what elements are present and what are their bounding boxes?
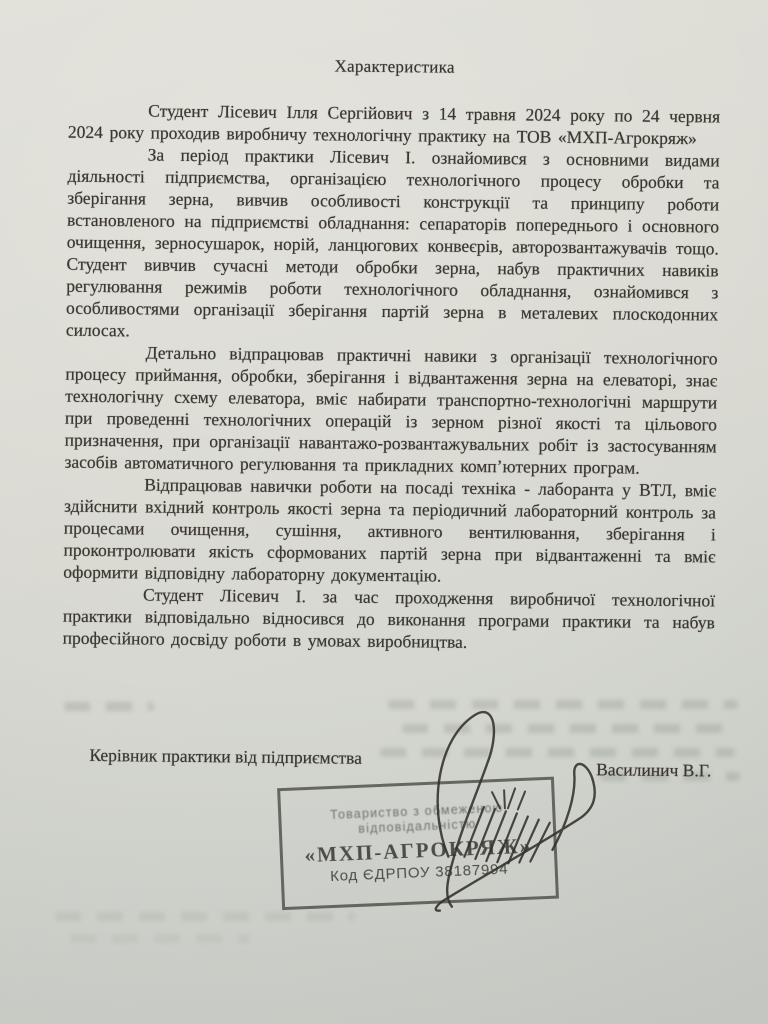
paragraph-lab-skills: Відпрацював навички роботи на посаді тех… — [63, 473, 716, 590]
paragraph-enterprise-overview: За період практики Лісевич І. ознайомивс… — [66, 143, 720, 348]
supervisor-role-label: Керівник практики від підприємства — [89, 745, 362, 769]
company-stamp: Товариство з обмеженою відповідальністю … — [277, 777, 559, 910]
paragraph-internship-period: Студент Лісевич Ілля Сергійович з 14 тра… — [68, 99, 720, 150]
paragraph-conclusion: Студент Лісевич І. за час проходження ви… — [63, 583, 716, 656]
page-title: Характеристика — [69, 53, 721, 82]
signature-line: Керівник практики від підприємства Васил… — [61, 745, 713, 773]
paragraph-elevator-skills: Детально відпрацював практичні навики з … — [64, 341, 717, 480]
document-page: Характеристика Студент Лісевич Ілля Серг… — [0, 0, 768, 1024]
document-body: Характеристика Студент Лісевич Ілля Серг… — [63, 53, 721, 656]
supervisor-name: Василинич В.Г. — [596, 759, 711, 781]
document-photo: Характеристика Студент Лісевич Ілля Серг… — [0, 0, 768, 1024]
